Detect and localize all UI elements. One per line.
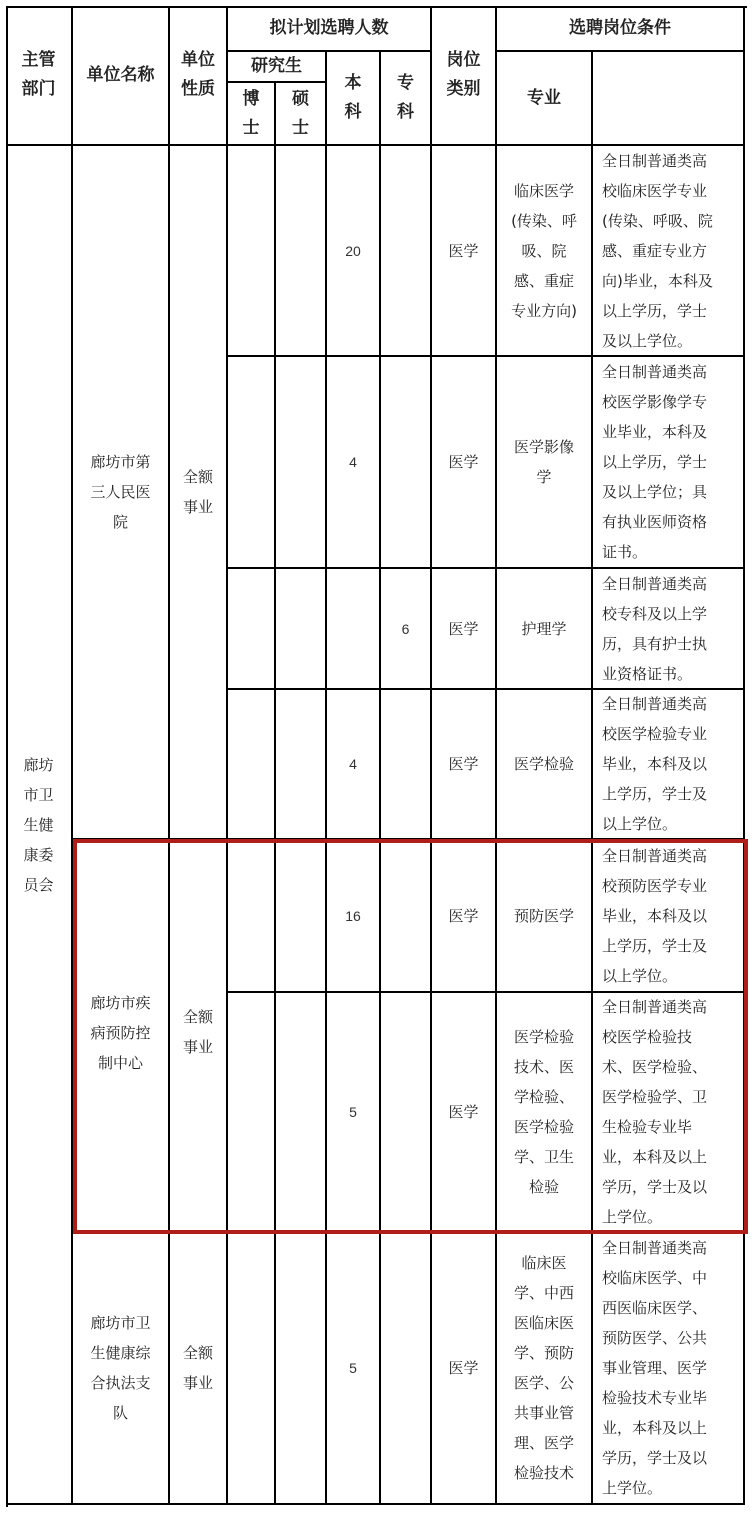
header-unit-name: 单位名称 (73, 6, 170, 146)
phd-cell (228, 840, 276, 993)
header-master-label: 硕 士 (292, 85, 309, 143)
requirements-cell: 全日制普通类高 校临床医学、中 西医临床医学、 预防医学、公共 事业管理、医学 … (593, 1233, 745, 1505)
associate-cell (381, 690, 432, 840)
phd-cell (228, 1233, 276, 1505)
header-major: 专业 (497, 52, 593, 146)
unit-name: 廊坊市卫 生健康综 合执法支 队 (90, 1308, 150, 1428)
major-cell: 预防医学 (497, 840, 593, 993)
position-type-cell: 医学 (432, 840, 497, 993)
major-text: 临床医学 (传染、呼 吸、院 感、重症 专业方向) (511, 176, 577, 326)
department-cell: 廊坊 市卫 生健 康委 员会 (6, 146, 73, 1505)
associate-cell (381, 357, 432, 569)
master-cell (276, 690, 327, 840)
header-phd: 博 士 (228, 83, 276, 146)
unit-nature-cell: 全额 事业 (170, 146, 228, 840)
position-type: 医学 (448, 236, 478, 266)
major-cell: 临床医 学、中西 医临床医 学、预防 医学、公 共事业管 理、医学 检验技术 (497, 1233, 593, 1505)
header-position-type-label: 岗位 类别 (447, 46, 481, 104)
position-type-cell: 医学 (432, 690, 497, 840)
header-conditions-label: 选聘岗位条件 (569, 14, 671, 43)
bachelor-cell: 5 (327, 1233, 381, 1505)
header-graduate-label: 研究生 (251, 52, 302, 81)
requirements-cell: 全日制普通类高 校医学检验专业 毕业，本科及以 上学历，学士及 以上学位。 (593, 690, 745, 840)
unit-nature: 全额 事业 (183, 462, 213, 522)
unit-nature: 全额 事业 (183, 1002, 213, 1062)
position-type: 医学 (448, 447, 478, 477)
bachelor-count: 4 (349, 447, 357, 477)
unit-name-cell: 廊坊市疾 病预防控 制中心 (73, 840, 170, 1233)
unit-name: 廊坊市疾 病预防控 制中心 (90, 988, 150, 1078)
position-type-cell: 医学 (432, 993, 497, 1233)
unit-nature-cell: 全额 事业 (170, 840, 228, 1233)
header-position-type: 岗位 类别 (432, 6, 497, 146)
header-department: 主管 部门 (6, 6, 73, 146)
major-text: 医学检验 (514, 749, 574, 779)
unit-nature-cell: 全额 事业 (170, 1233, 228, 1505)
position-type-cell: 医学 (432, 357, 497, 569)
header-associate: 专 科 (381, 52, 432, 146)
bachelor-cell: 4 (327, 357, 381, 569)
header-department-label: 主管 部门 (22, 46, 56, 104)
major-text: 预防医学 (514, 901, 574, 931)
bachelor-cell: 20 (327, 146, 381, 357)
requirements-text: 全日制普通类高 校临床医学专业 (传染、呼吸、院 感、重症专业方 向)毕业，本科… (602, 146, 713, 356)
unit-name-cell: 廊坊市卫 生健康综 合执法支 队 (73, 1233, 170, 1505)
associate-cell: 6 (381, 569, 432, 690)
unit-name-cell: 廊坊市第 三人民医 院 (73, 146, 170, 840)
header-graduate: 研究生 (228, 52, 327, 83)
requirements-cell: 全日制普通类高 校临床医学专业 (传染、呼吸、院 感、重症专业方 向)毕业，本科… (593, 146, 745, 357)
position-type: 医学 (448, 901, 478, 931)
header-planned-hires-label: 拟计划选聘人数 (270, 14, 389, 43)
requirements-cell: 全日制普通类高 校医学影像学专 业毕业，本科及 以上学历，学士 及以上学位；具 … (593, 357, 745, 569)
bachelor-count: 4 (349, 749, 357, 779)
position-type: 医学 (448, 1097, 478, 1127)
bachelor-cell: 5 (327, 993, 381, 1233)
header-bachelor-label: 本 科 (345, 69, 362, 127)
bachelor-cell (327, 569, 381, 690)
master-cell (276, 840, 327, 993)
header-conditions: 选聘岗位条件 (497, 6, 745, 52)
requirements-text: 全日制普通类高 校专科及以上学 历，具有护士执 业资格证书。 (602, 569, 707, 689)
major-cell: 医学影像 学 (497, 357, 593, 569)
bachelor-count: 5 (349, 1097, 357, 1127)
major-text: 护理学 (521, 614, 566, 644)
requirements-text: 全日制普通类高 校预防医学专业 毕业，本科及以 上学历，学士及 以上学位。 (602, 841, 707, 991)
position-type-cell: 医学 (432, 146, 497, 357)
phd-cell (228, 357, 276, 569)
unit-nature: 全额 事业 (183, 1338, 213, 1398)
master-cell (276, 1233, 327, 1505)
requirements-text: 全日制普通类高 校临床医学、中 西医临床医学、 预防医学、公共 事业管理、医学 … (602, 1233, 707, 1503)
master-cell (276, 993, 327, 1233)
requirements-cell: 全日制普通类高 校预防医学专业 毕业，本科及以 上学历，学士及 以上学位。 (593, 840, 745, 993)
position-type: 医学 (448, 614, 478, 644)
associate-cell (381, 146, 432, 357)
header-planned-hires: 拟计划选聘人数 (228, 6, 432, 52)
header-associate-label: 专 科 (397, 69, 414, 127)
associate-count: 6 (402, 614, 410, 644)
phd-cell (228, 993, 276, 1233)
requirements-text: 全日制普通类高 校医学检验技 术、医学检验、 医学检验学、卫 生检验专业毕 业，… (602, 992, 707, 1232)
unit-name: 廊坊市第 三人民医 院 (90, 447, 150, 537)
bachelor-count: 16 (345, 901, 361, 931)
master-cell (276, 146, 327, 357)
major-text: 临床医 学、中西 医临床医 学、预防 医学、公 共事业管 理、医学 检验技术 (514, 1248, 574, 1488)
header-phd-label: 博 士 (243, 85, 260, 143)
position-type: 医学 (448, 749, 478, 779)
requirements-cell: 全日制普通类高 校医学检验技 术、医学检验、 医学检验学、卫 生检验专业毕 业，… (593, 993, 745, 1233)
bachelor-count: 5 (349, 1353, 357, 1383)
bachelor-cell: 16 (327, 840, 381, 993)
major-cell: 护理学 (497, 569, 593, 690)
requirements-cell: 全日制普通类高 校专科及以上学 历，具有护士执 业资格证书。 (593, 569, 745, 690)
header-master: 硕 士 (276, 83, 327, 146)
master-cell (276, 569, 327, 690)
phd-cell (228, 569, 276, 690)
header-major-label: 专业 (527, 84, 561, 113)
associate-cell (381, 1233, 432, 1505)
major-text: 医学影像 学 (514, 432, 574, 492)
position-type-cell: 医学 (432, 569, 497, 690)
major-cell: 医学检验 技术、医 学检验、 医学检验 学、卫生 检验 (497, 993, 593, 1233)
associate-cell (381, 993, 432, 1233)
major-cell: 医学检验 (497, 690, 593, 840)
phd-cell (228, 146, 276, 357)
master-cell (276, 357, 327, 569)
associate-cell (381, 840, 432, 993)
requirements-text: 全日制普通类高 校医学检验专业 毕业，本科及以 上学历，学士及 以上学位。 (602, 689, 707, 839)
phd-cell (228, 690, 276, 840)
header-unit-name-label: 单位名称 (87, 61, 155, 90)
major-text: 医学检验 技术、医 学检验、 医学检验 学、卫生 检验 (514, 1022, 574, 1202)
header-bachelor: 本 科 (327, 52, 381, 146)
header-unit-nature-label: 单位 性质 (181, 46, 215, 104)
requirements-text: 全日制普通类高 校医学影像学专 业毕业，本科及 以上学历，学士 及以上学位；具 … (602, 357, 707, 567)
bachelor-cell: 4 (327, 690, 381, 840)
position-type-cell: 医学 (432, 1233, 497, 1505)
major-cell: 临床医学 (传染、呼 吸、院 感、重症 专业方向) (497, 146, 593, 357)
department-label: 廊坊 市卫 生健 康委 员会 (23, 750, 53, 900)
bachelor-count: 20 (345, 236, 361, 266)
header-requirements (593, 52, 745, 146)
position-type: 医学 (448, 1353, 478, 1383)
header-unit-nature: 单位 性质 (170, 6, 228, 146)
